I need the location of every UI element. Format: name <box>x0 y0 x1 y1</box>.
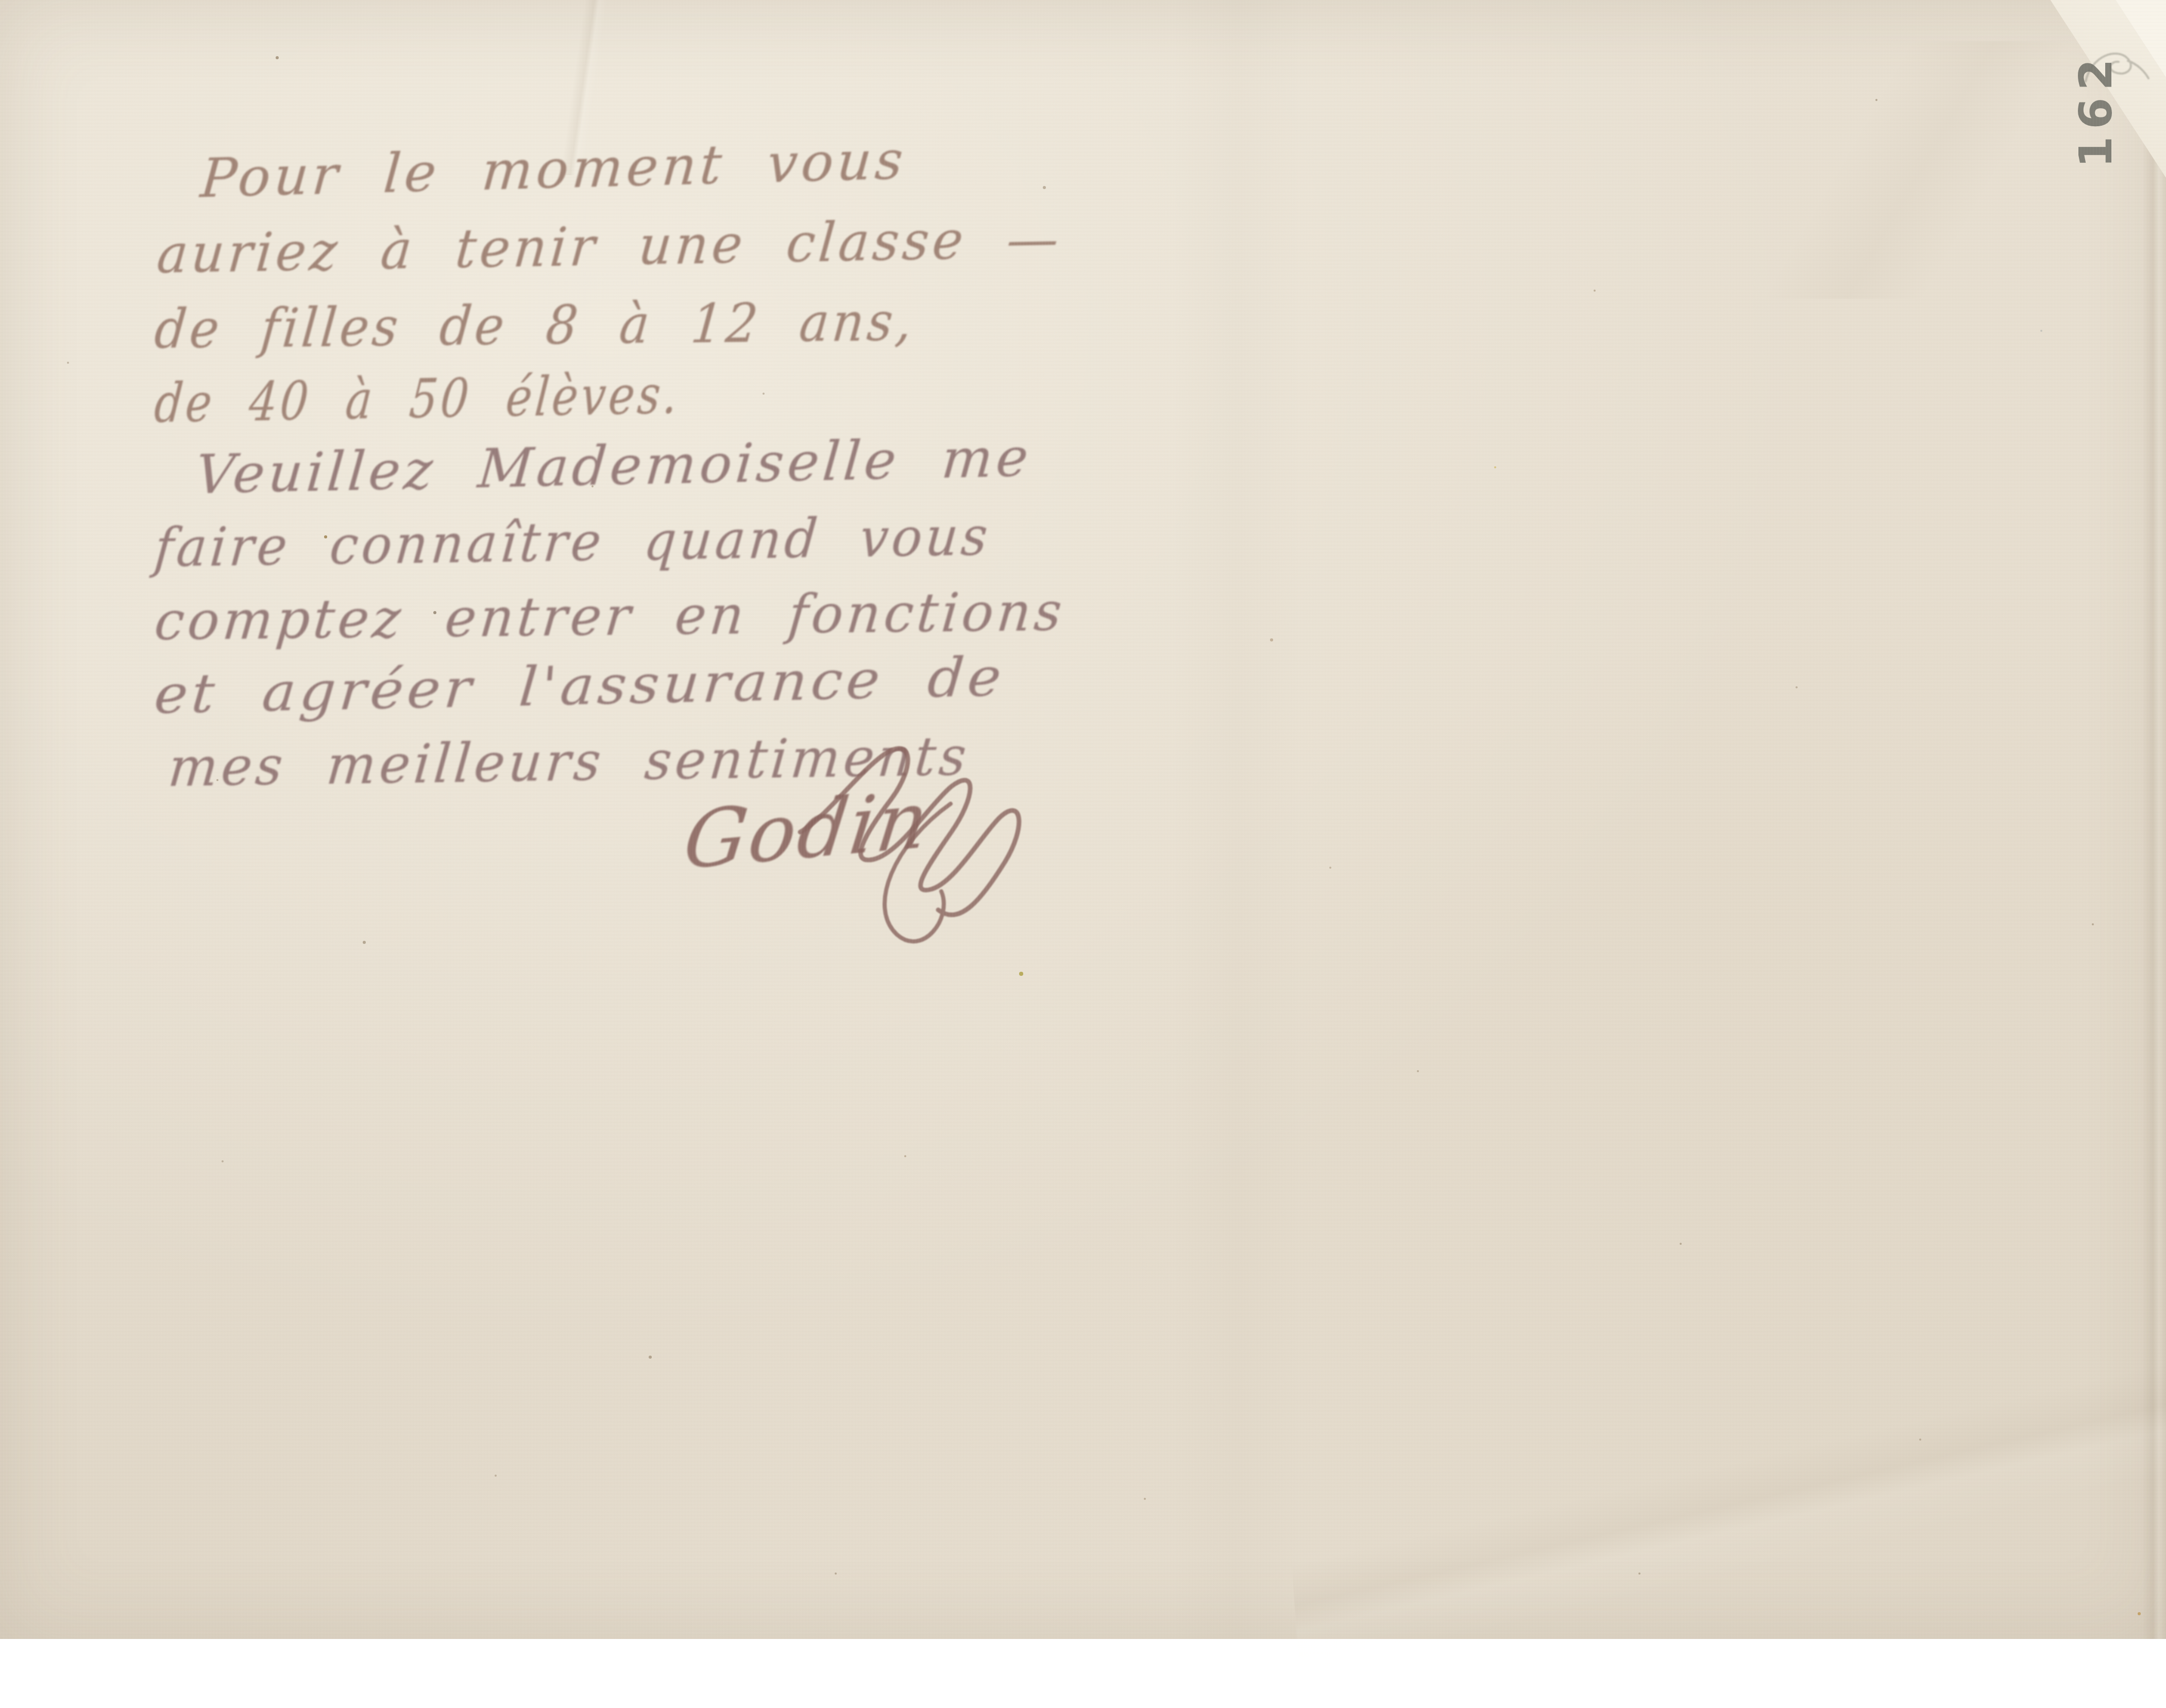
paper-speckles-accent <box>0 0 2 2</box>
folio-number-pencil: 162 <box>2036 50 2155 169</box>
letter-line: et agréer l'assurance de <box>152 645 1007 726</box>
letter-line: auriez à tenir une classe — <box>155 207 1064 285</box>
letter-line: Veuillez Mademoiselle me <box>193 426 1035 506</box>
fold-right-edge <box>2142 0 2166 1639</box>
letter-line: Pour le moment vous <box>198 128 909 210</box>
letter-line: de filles de 8 à 12 ans, <box>152 290 918 361</box>
letter-line: de 40 à 50 élèves. <box>152 363 683 435</box>
paper-tonal-band <box>1170 0 1304 1639</box>
letter-page: 162 Pour le moment vous auriez à tenir u… <box>0 0 2166 1639</box>
letter-line: faire connaître quand vous <box>152 504 994 579</box>
signature-flourish <box>796 737 1064 958</box>
crease-bottom-right <box>1277 1280 2166 1639</box>
letter-line: comptez entrer en fonctions <box>152 580 1068 652</box>
